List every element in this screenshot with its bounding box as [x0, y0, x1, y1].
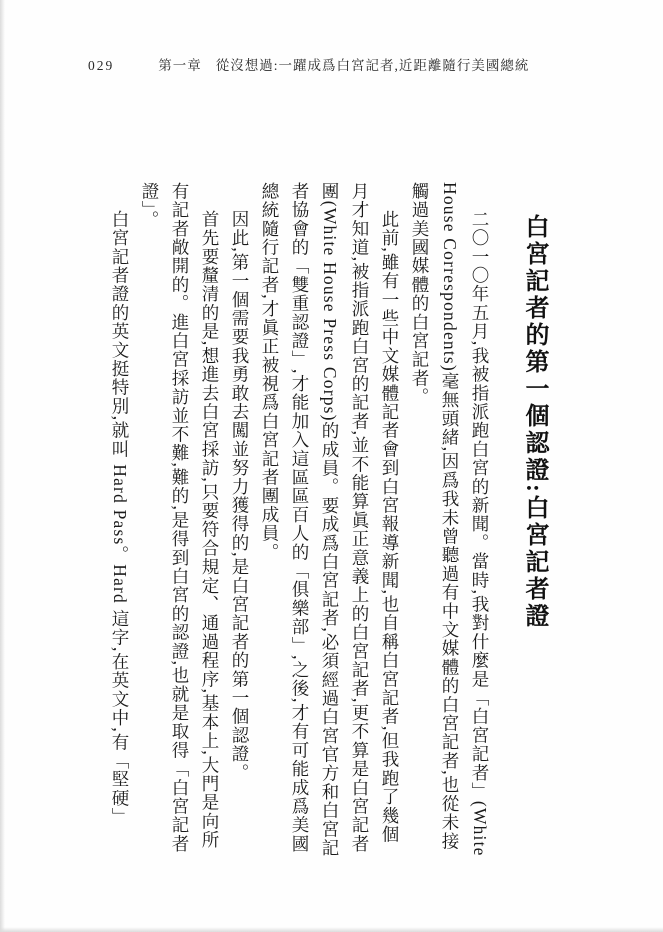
running-head: 029 第一章 從沒想過:一躍成爲白宮記者,近距離隨行美國總統: [88, 54, 529, 74]
paragraph: 因此,第一個需要我勇敢去闖並努力獲得的,是白宮記者的第一個認證。: [225, 182, 255, 858]
scan-edge-bottom: [0, 927, 663, 932]
section-title: 白宮記者的第一個認證:白宮記者證: [517, 182, 551, 858]
vertical-text-block: 白宮記者的第一個認證:白宮記者證 二〇一〇年五月,我被指派跑白宮的新聞。當時,我…: [105, 182, 551, 858]
page-number: 029: [88, 58, 114, 74]
paragraph: 二〇一〇年五月,我被指派跑白宮的新聞。當時,我對什麼是「白宮記者」(White …: [405, 182, 495, 858]
chapter-title: 從沒想過:一躍成爲白宮記者,近距離隨行美國總統: [216, 54, 530, 74]
chapter-label: 第一章: [158, 54, 202, 74]
paragraph: 首先要釐清的是,想進去白宮採訪,只要符合規定、通過程序,基本上,大門是向所有記者…: [135, 182, 225, 858]
paragraph: 白宮記者證的英文挺特別,就叫 Hard Pass。Hard 這字,在英文中,有「…: [105, 182, 135, 858]
book-page: 029 第一章 從沒想過:一躍成爲白宮記者,近距離隨行美國總統 白宮記者的第一個…: [0, 0, 663, 932]
paragraph: 此前,雖有一些中文媒體記者會到白宮報導新聞,也自稱白宮記者,但我跑了幾個月才知道…: [255, 182, 405, 858]
scan-edge-left: [0, 0, 5, 932]
